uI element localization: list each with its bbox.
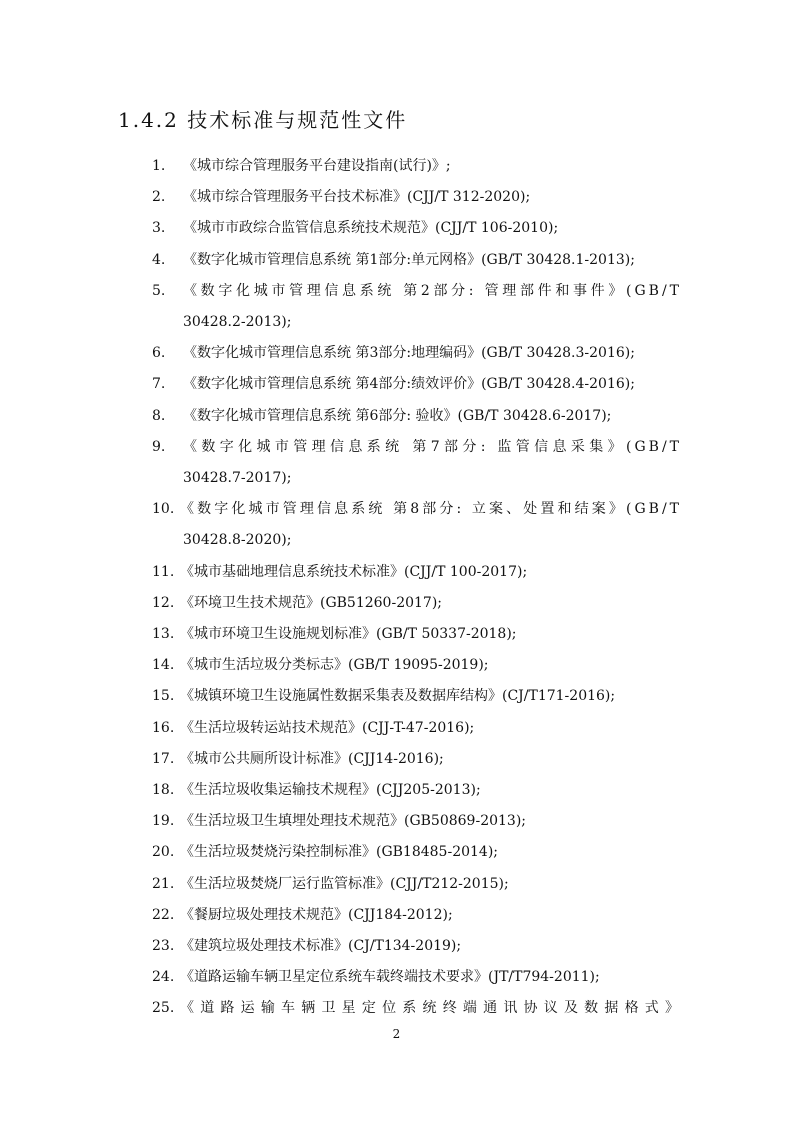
list-item: 7.《数字化城市管理信息系统 第4部分:绩效评价》(GB/T 30428.4-2… xyxy=(152,369,682,400)
list-item: 25.《道路运输车辆卫星定位系统终端通讯协议及数据格式》 xyxy=(152,993,682,1024)
list-item: 17.《城市公共厕所设计标准》(CJJ14-2016); xyxy=(152,744,682,775)
list-item: 4.《数字化城市管理信息系统 第1部分:单元网格》(GB/T 30428.1-2… xyxy=(152,245,682,276)
section-heading: 1.4.2 技术标准与规范性文件 xyxy=(118,104,407,133)
item-number: 6. xyxy=(152,338,183,369)
section-title: 技术标准与规范性文件 xyxy=(187,108,407,132)
list-item: 12.《环境卫生技术规范》(GB51260-2017); xyxy=(152,588,682,619)
item-number: 2. xyxy=(152,182,183,213)
item-text: 《数字化城市管理信息系统 第7部分: 监管信息采集》(GB/T xyxy=(183,432,682,463)
item-text: 《数字化城市管理信息系统 第3部分:地理编码》(GB/T 30428.3-201… xyxy=(183,338,682,369)
list-item: 8.《数字化城市管理信息系统 第6部分: 验收》(GB/T 30428.6-20… xyxy=(152,401,682,432)
list-item: 14.《城市生活垃圾分类标志》(GB/T 19095-2019); xyxy=(152,650,682,681)
item-continuation: 30428.2-2013); xyxy=(152,307,682,338)
item-text: 《环境卫生技术规范》(GB51260-2017); xyxy=(180,588,682,619)
item-continuation: 30428.7-2017); xyxy=(152,463,682,494)
page-number: 2 xyxy=(0,1027,793,1041)
item-number: 20. xyxy=(152,837,180,868)
item-number: 7. xyxy=(152,369,183,400)
item-continuation: 30428.8-2020); xyxy=(152,525,682,556)
item-number: 12. xyxy=(152,588,180,619)
item-number: 19. xyxy=(152,806,180,837)
item-text: 《道路运输车辆卫星定位系统终端通讯协议及数据格式》 xyxy=(180,993,682,1024)
item-text: 《餐厨垃圾处理技术规范》(CJJ184-2012); xyxy=(180,900,682,931)
item-text: 《建筑垃圾处理技术标准》(CJ/T134-2019); xyxy=(180,931,682,962)
list-item: 15.《城镇环境卫生设施属性数据采集表及数据库结构》(CJ/T171-2016)… xyxy=(152,681,682,712)
section-number: 1.4.2 xyxy=(118,108,179,132)
item-text: 《生活垃圾转运站技术规范》(CJJ-T-47-2016); xyxy=(180,713,682,744)
item-text: 《城市综合管理服务平台建设指南(试行)》; xyxy=(183,151,682,182)
item-number: 1. xyxy=(152,151,183,182)
item-text: 《生活垃圾卫生填埋处理技术规范》(GB50869-2013); xyxy=(180,806,682,837)
item-text: 《城市生活垃圾分类标志》(GB/T 19095-2019); xyxy=(180,650,682,681)
item-number: 8. xyxy=(152,401,183,432)
item-text: 《生活垃圾焚烧污染控制标准》(GB18485-2014); xyxy=(180,837,682,868)
list-item: 21.《生活垃圾焚烧厂运行监管标准》(CJJ/T212-2015); xyxy=(152,869,682,900)
item-number: 17. xyxy=(152,744,180,775)
item-number: 3. xyxy=(152,213,183,244)
item-text: 《城市综合管理服务平台技术标准》(CJJ/T 312-2020); xyxy=(183,182,682,213)
item-text: 《数字化城市管理信息系统 第4部分:绩效评价》(GB/T 30428.4-201… xyxy=(183,369,682,400)
list-item: 2.《城市综合管理服务平台技术标准》(CJJ/T 312-2020); xyxy=(152,182,682,213)
item-text: 《数字化城市管理信息系统 第2部分: 管理部件和事件》(GB/T xyxy=(183,276,682,307)
item-number: 11. xyxy=(152,557,180,588)
item-text: 《城镇环境卫生设施属性数据采集表及数据库结构》(CJ/T171-2016); xyxy=(180,681,682,712)
list-item: 1.《城市综合管理服务平台建设指南(试行)》; xyxy=(152,151,682,182)
list-item: 16.《生活垃圾转运站技术规范》(CJJ-T-47-2016); xyxy=(152,713,682,744)
item-number: 15. xyxy=(152,681,180,712)
item-number: 22. xyxy=(152,900,180,931)
list-item: 10.《数字化城市管理信息系统 第8部分: 立案、处置和结案》(GB/T xyxy=(152,494,682,525)
list-item: 20.《生活垃圾焚烧污染控制标准》(GB18485-2014); xyxy=(152,837,682,868)
item-number: 5. xyxy=(152,276,183,307)
item-number: 10. xyxy=(152,494,180,525)
item-number: 9. xyxy=(152,432,183,463)
item-text: 《城市基础地理信息系统技术标准》(CJJ/T 100-2017); xyxy=(180,557,682,588)
item-number: 21. xyxy=(152,869,180,900)
item-number: 16. xyxy=(152,713,180,744)
list-item: 6.《数字化城市管理信息系统 第3部分:地理编码》(GB/T 30428.3-2… xyxy=(152,338,682,369)
list-item: 3.《城市市政综合监管信息系统技术规范》(CJJ/T 106-2010); xyxy=(152,213,682,244)
item-number: 18. xyxy=(152,775,180,806)
item-text: 《道路运输车辆卫星定位系统车载终端技术要求》(JT/T794-2011); xyxy=(180,962,682,993)
list-item: 13.《城市环境卫生设施规划标准》(GB/T 50337-2018); xyxy=(152,619,682,650)
list-item: 24.《道路运输车辆卫星定位系统车载终端技术要求》(JT/T794-2011); xyxy=(152,962,682,993)
item-number: 14. xyxy=(152,650,180,681)
item-text: 《生活垃圾收集运输技术规程》(CJJ205-2013); xyxy=(180,775,682,806)
item-text: 《数字化城市管理信息系统 第6部分: 验收》(GB/T 30428.6-2017… xyxy=(183,401,682,432)
list-item: 23.《建筑垃圾处理技术标准》(CJ/T134-2019); xyxy=(152,931,682,962)
item-text: 《城市市政综合监管信息系统技术规范》(CJJ/T 106-2010); xyxy=(183,213,682,244)
list-item: 9.《数字化城市管理信息系统 第7部分: 监管信息采集》(GB/T xyxy=(152,432,682,463)
item-number: 13. xyxy=(152,619,180,650)
list-item: 19.《生活垃圾卫生填埋处理技术规范》(GB50869-2013); xyxy=(152,806,682,837)
item-text: 《生活垃圾焚烧厂运行监管标准》(CJJ/T212-2015); xyxy=(180,869,682,900)
item-number: 25. xyxy=(152,993,180,1024)
list-item: 5.《数字化城市管理信息系统 第2部分: 管理部件和事件》(GB/T xyxy=(152,276,682,307)
list-item: 11.《城市基础地理信息系统技术标准》(CJJ/T 100-2017); xyxy=(152,557,682,588)
item-number: 4. xyxy=(152,245,183,276)
list-item: 22.《餐厨垃圾处理技术规范》(CJJ184-2012); xyxy=(152,900,682,931)
list-item: 18.《生活垃圾收集运输技术规程》(CJJ205-2013); xyxy=(152,775,682,806)
standards-list: 1.《城市综合管理服务平台建设指南(试行)》;2.《城市综合管理服务平台技术标准… xyxy=(152,151,682,1025)
item-text: 《数字化城市管理信息系统 第8部分: 立案、处置和结案》(GB/T xyxy=(180,494,682,525)
item-text: 《数字化城市管理信息系统 第1部分:单元网格》(GB/T 30428.1-201… xyxy=(183,245,682,276)
item-text: 《城市公共厕所设计标准》(CJJ14-2016); xyxy=(180,744,682,775)
item-text: 《城市环境卫生设施规划标准》(GB/T 50337-2018); xyxy=(180,619,682,650)
item-number: 23. xyxy=(152,931,180,962)
item-number: 24. xyxy=(152,962,180,993)
